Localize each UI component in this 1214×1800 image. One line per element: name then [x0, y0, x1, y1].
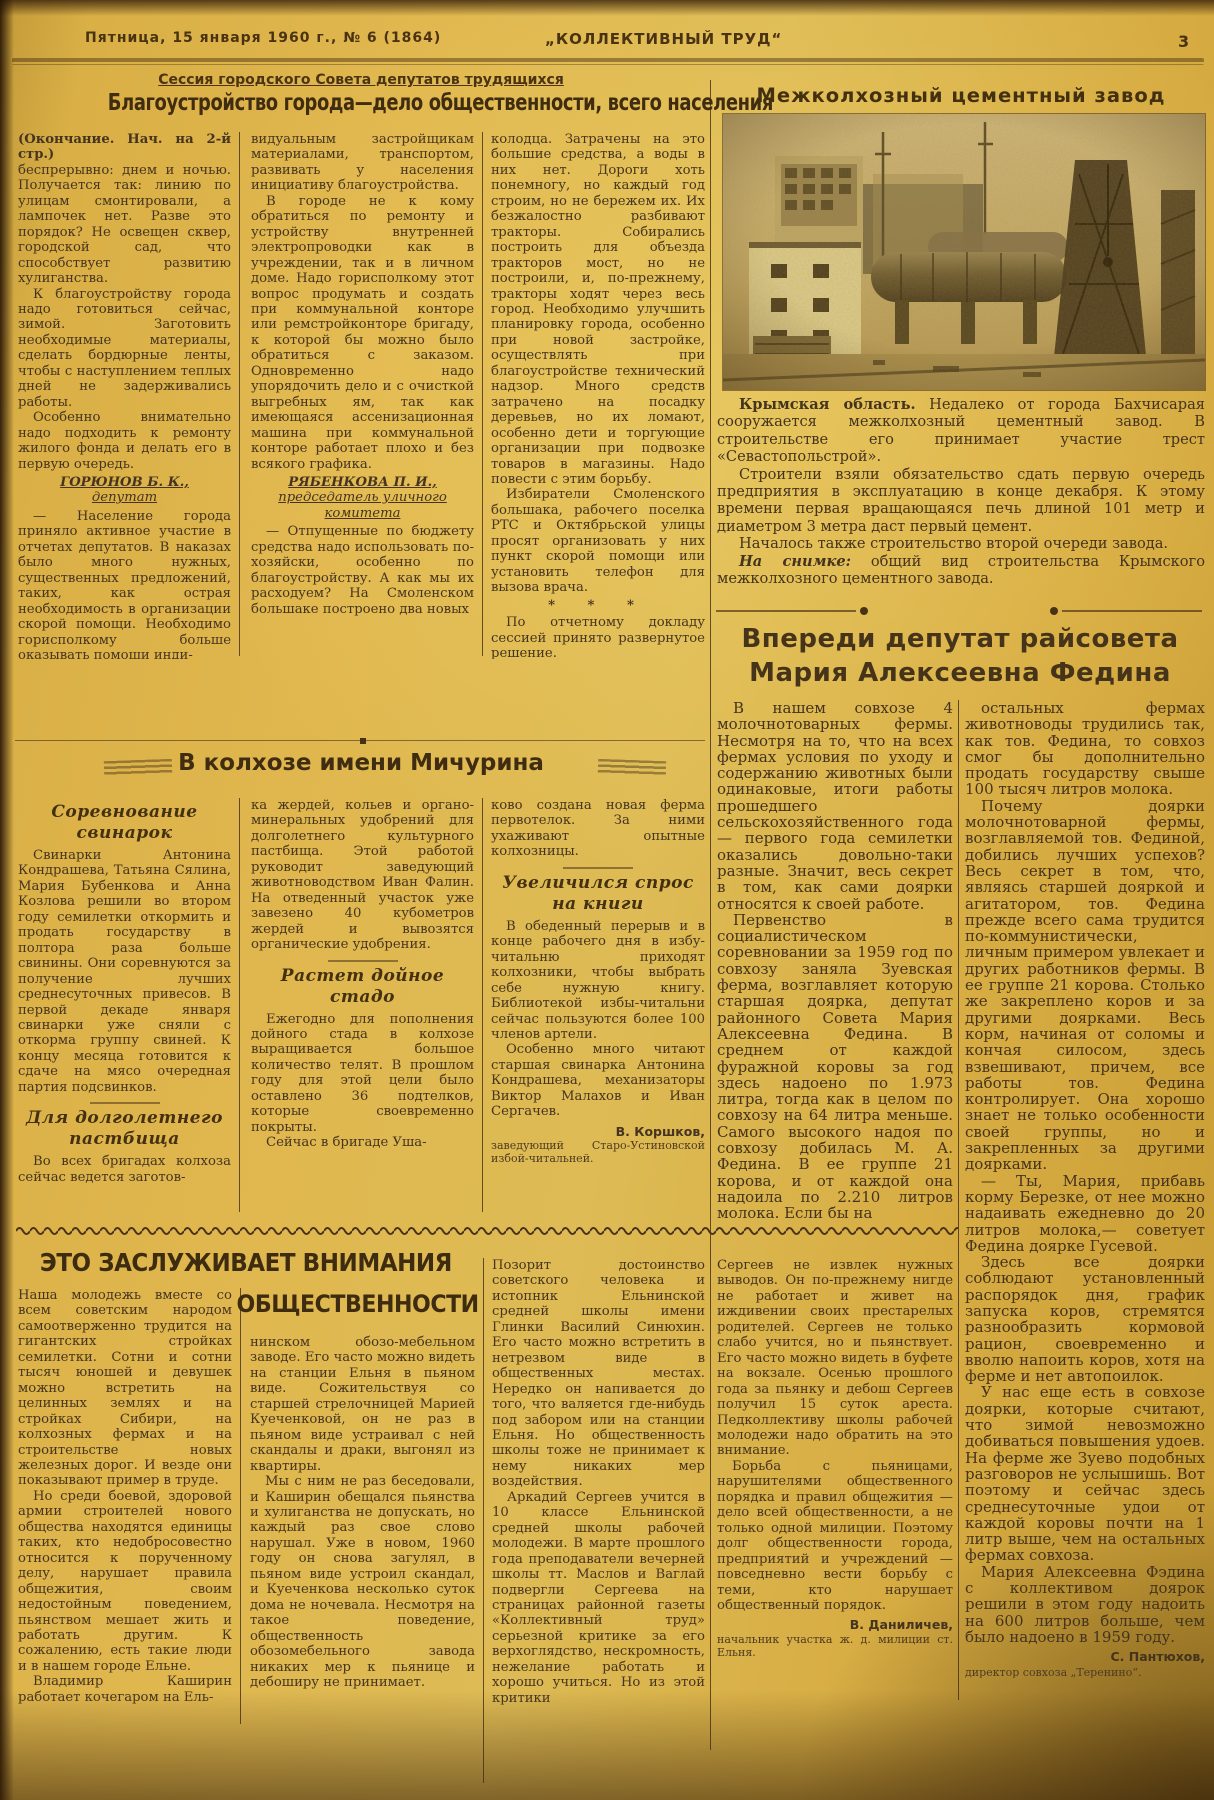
masthead-title: „КОЛЛЕКТИВНЫЙ ТРУД“ [545, 30, 782, 48]
michurin-column-a: Соревнование свинарок Свинарки Антонина … [18, 798, 231, 1214]
caption-lead: Крымская область. [739, 396, 916, 413]
scan-edge-left [0, 0, 14, 1800]
column-rule [482, 132, 483, 656]
michurin-column-b: ка жердей, кольев и органо-минеральных у… [251, 798, 474, 1214]
subhead-rule [328, 960, 398, 962]
continuation-note: (Окончание. Нач. на 2-й стр.) [18, 132, 231, 163]
fedina-article-headline: Впереди депутат райсовета Мария Алексеев… [713, 622, 1207, 690]
cement-plant-headline: Межколхозный цементный завод [715, 84, 1207, 107]
session-article-column-3: колодца. Затрачены на это большие средст… [491, 132, 705, 659]
column-rule [239, 798, 240, 1212]
ornament-dot-dash-right [1062, 610, 1202, 612]
caption-na-snimke: На снимке: [739, 553, 851, 570]
section-divider-dotted [15, 740, 705, 741]
ornament-dash-dot-left [716, 610, 856, 612]
column-rule [482, 798, 483, 1212]
signature-ryabenkova: РЯБЕНКОВА П. И., [251, 475, 474, 490]
newspaper-page: Пятница, 15 января 1960 г., № 6 (1864) „… [0, 0, 1214, 1800]
signature-pantyukhov: С. Пантюхов, [965, 1649, 1205, 1665]
attention-column-1: Наша молодежь вместе со всем советским н… [18, 1288, 232, 1718]
session-article-headline: Благоустройство города—дело общественнос… [14, 90, 708, 116]
cement-plant-photo [723, 114, 1205, 390]
issue-date-line: Пятница, 15 января 1960 г., № 6 (1864) [85, 30, 441, 46]
subhead-sorevnovanie: Соревнование свинарок [18, 802, 231, 844]
column-rule [239, 132, 240, 656]
michurin-column-c: ково создана новая ферма первотелок. За … [491, 798, 705, 1214]
fedina-column-1: В нашем совхозе 4 молочнотоварных фермы.… [717, 700, 953, 1218]
wavy-section-rule [16, 1222, 958, 1241]
page-number: 3 [1178, 32, 1190, 51]
column-rule [483, 1258, 484, 1783]
main-column-divider [710, 80, 711, 1750]
session-article-column-2: видуальным застройщикам материалами, тра… [251, 132, 474, 659]
attention-column-4: Сергеев не извлек нужных выводов. Он по-… [717, 1258, 953, 1718]
subhead-rule [563, 867, 633, 869]
scan-edge-top [0, 0, 1214, 16]
header-rule [12, 58, 1204, 65]
attention-column-3: Позорит достоинство советского человека … [492, 1258, 705, 1782]
attention-headline-line2: ОБЩЕСТВЕННОСТИ [226, 1290, 482, 1318]
signature-goryunov: ГОРЮНОВ Б. К., [18, 475, 231, 490]
signature-korshkov: В. Коршков, [491, 1124, 705, 1139]
attention-column-2: нинском обозо-мебельном заводе. Его част… [250, 1335, 475, 1727]
subhead-stado: Растет дойное стадо [251, 966, 474, 1008]
column-rule [240, 1288, 241, 1724]
fedina-column-2: остальных фермах животноводы трудились т… [965, 700, 1205, 1678]
headline-ornament-left [104, 759, 172, 775]
signature-danilichev: В. Даниличев, [717, 1617, 953, 1632]
attention-headline-line1: ЭТО ЗАСЛУЖИВАЕТ ВНИМАНИЯ [22, 1248, 466, 1277]
section-kicker: Сессия городского Совета депутатов трудя… [15, 72, 707, 88]
session-article-column-1: (Окончание. Нач. на 2-й стр.) беспрерывн… [18, 132, 231, 659]
subhead-knigi: Увеличился спрос на книги [491, 873, 705, 915]
photo-caption: Крымская область. Недалеко от города Бах… [717, 396, 1205, 587]
subhead-pastbishche: Для долголетнего пастбища [18, 1108, 231, 1150]
subhead-rule [90, 1102, 160, 1104]
fedina-column-rule [958, 700, 959, 1700]
headline-ornament-right [598, 759, 666, 775]
asterism-separator: * * * [491, 598, 705, 613]
